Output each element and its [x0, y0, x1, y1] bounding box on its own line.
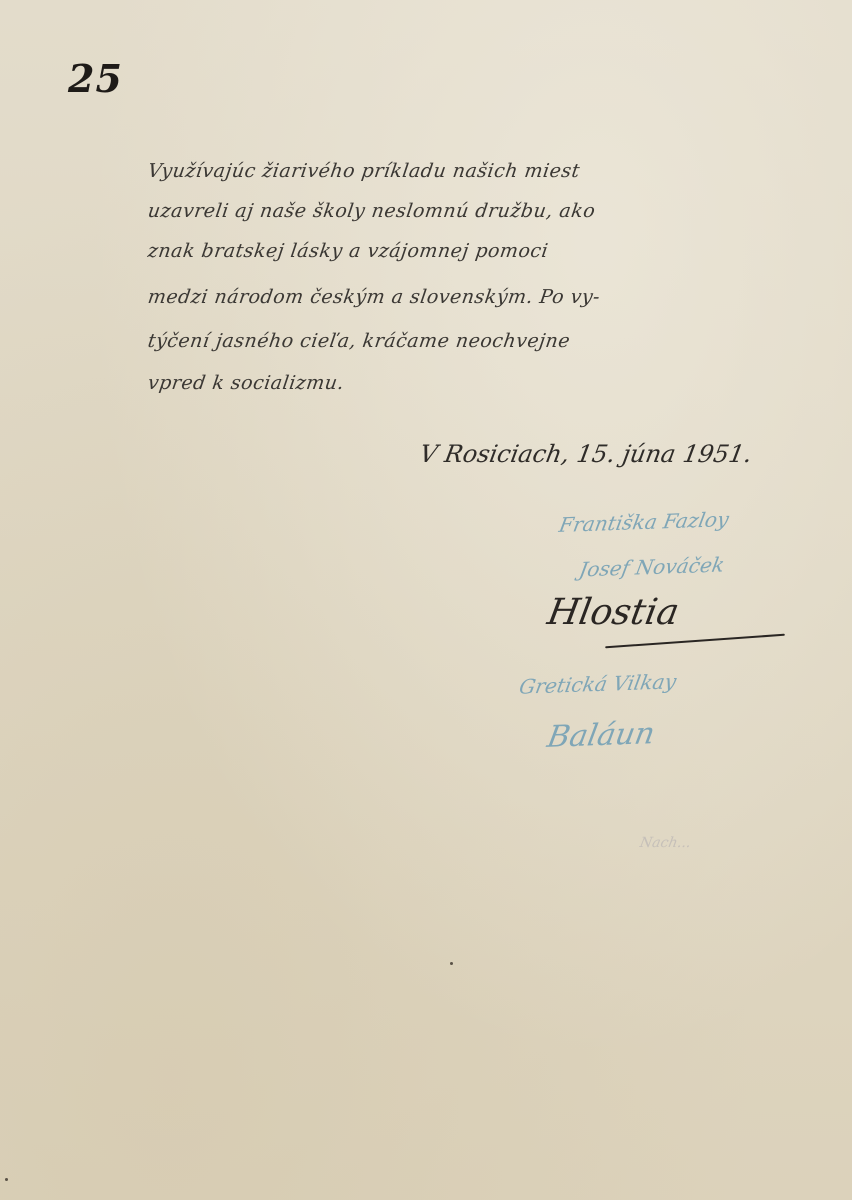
letter-line: znak bratskej lásky a vzájomnej pomoci — [146, 240, 549, 262]
signature-underline — [605, 634, 785, 649]
faint-annotation: Nach... — [639, 835, 693, 851]
signature: Františka Fazloy — [557, 507, 730, 537]
place-and-date: V Rosiciach, 15. júna 1951. — [418, 440, 755, 468]
letter-line: týčení jasného cieľa, kráčame neochvejne — [146, 330, 571, 352]
signature: Josef Nováček — [577, 552, 726, 581]
ink-speck — [5, 1178, 8, 1181]
letter-line: vpred k socializmu. — [146, 372, 345, 394]
letter-line: uzavreli aj naše školy neslomnú družbu, … — [146, 200, 596, 222]
page-number: 25 — [68, 56, 123, 101]
letter-line: Využívajúc žiarivého príkladu našich mie… — [146, 160, 581, 182]
signature: Baláun — [545, 716, 658, 755]
letter-line: medzi národom českým a slovenským. Po vy… — [146, 286, 601, 308]
signature: Hlostia — [544, 592, 682, 633]
document-page: 25 Využívajúc žiarivého príkladu našich … — [0, 0, 852, 1200]
signature: Gretická Vilkay — [517, 669, 678, 698]
ink-speck — [450, 962, 453, 965]
